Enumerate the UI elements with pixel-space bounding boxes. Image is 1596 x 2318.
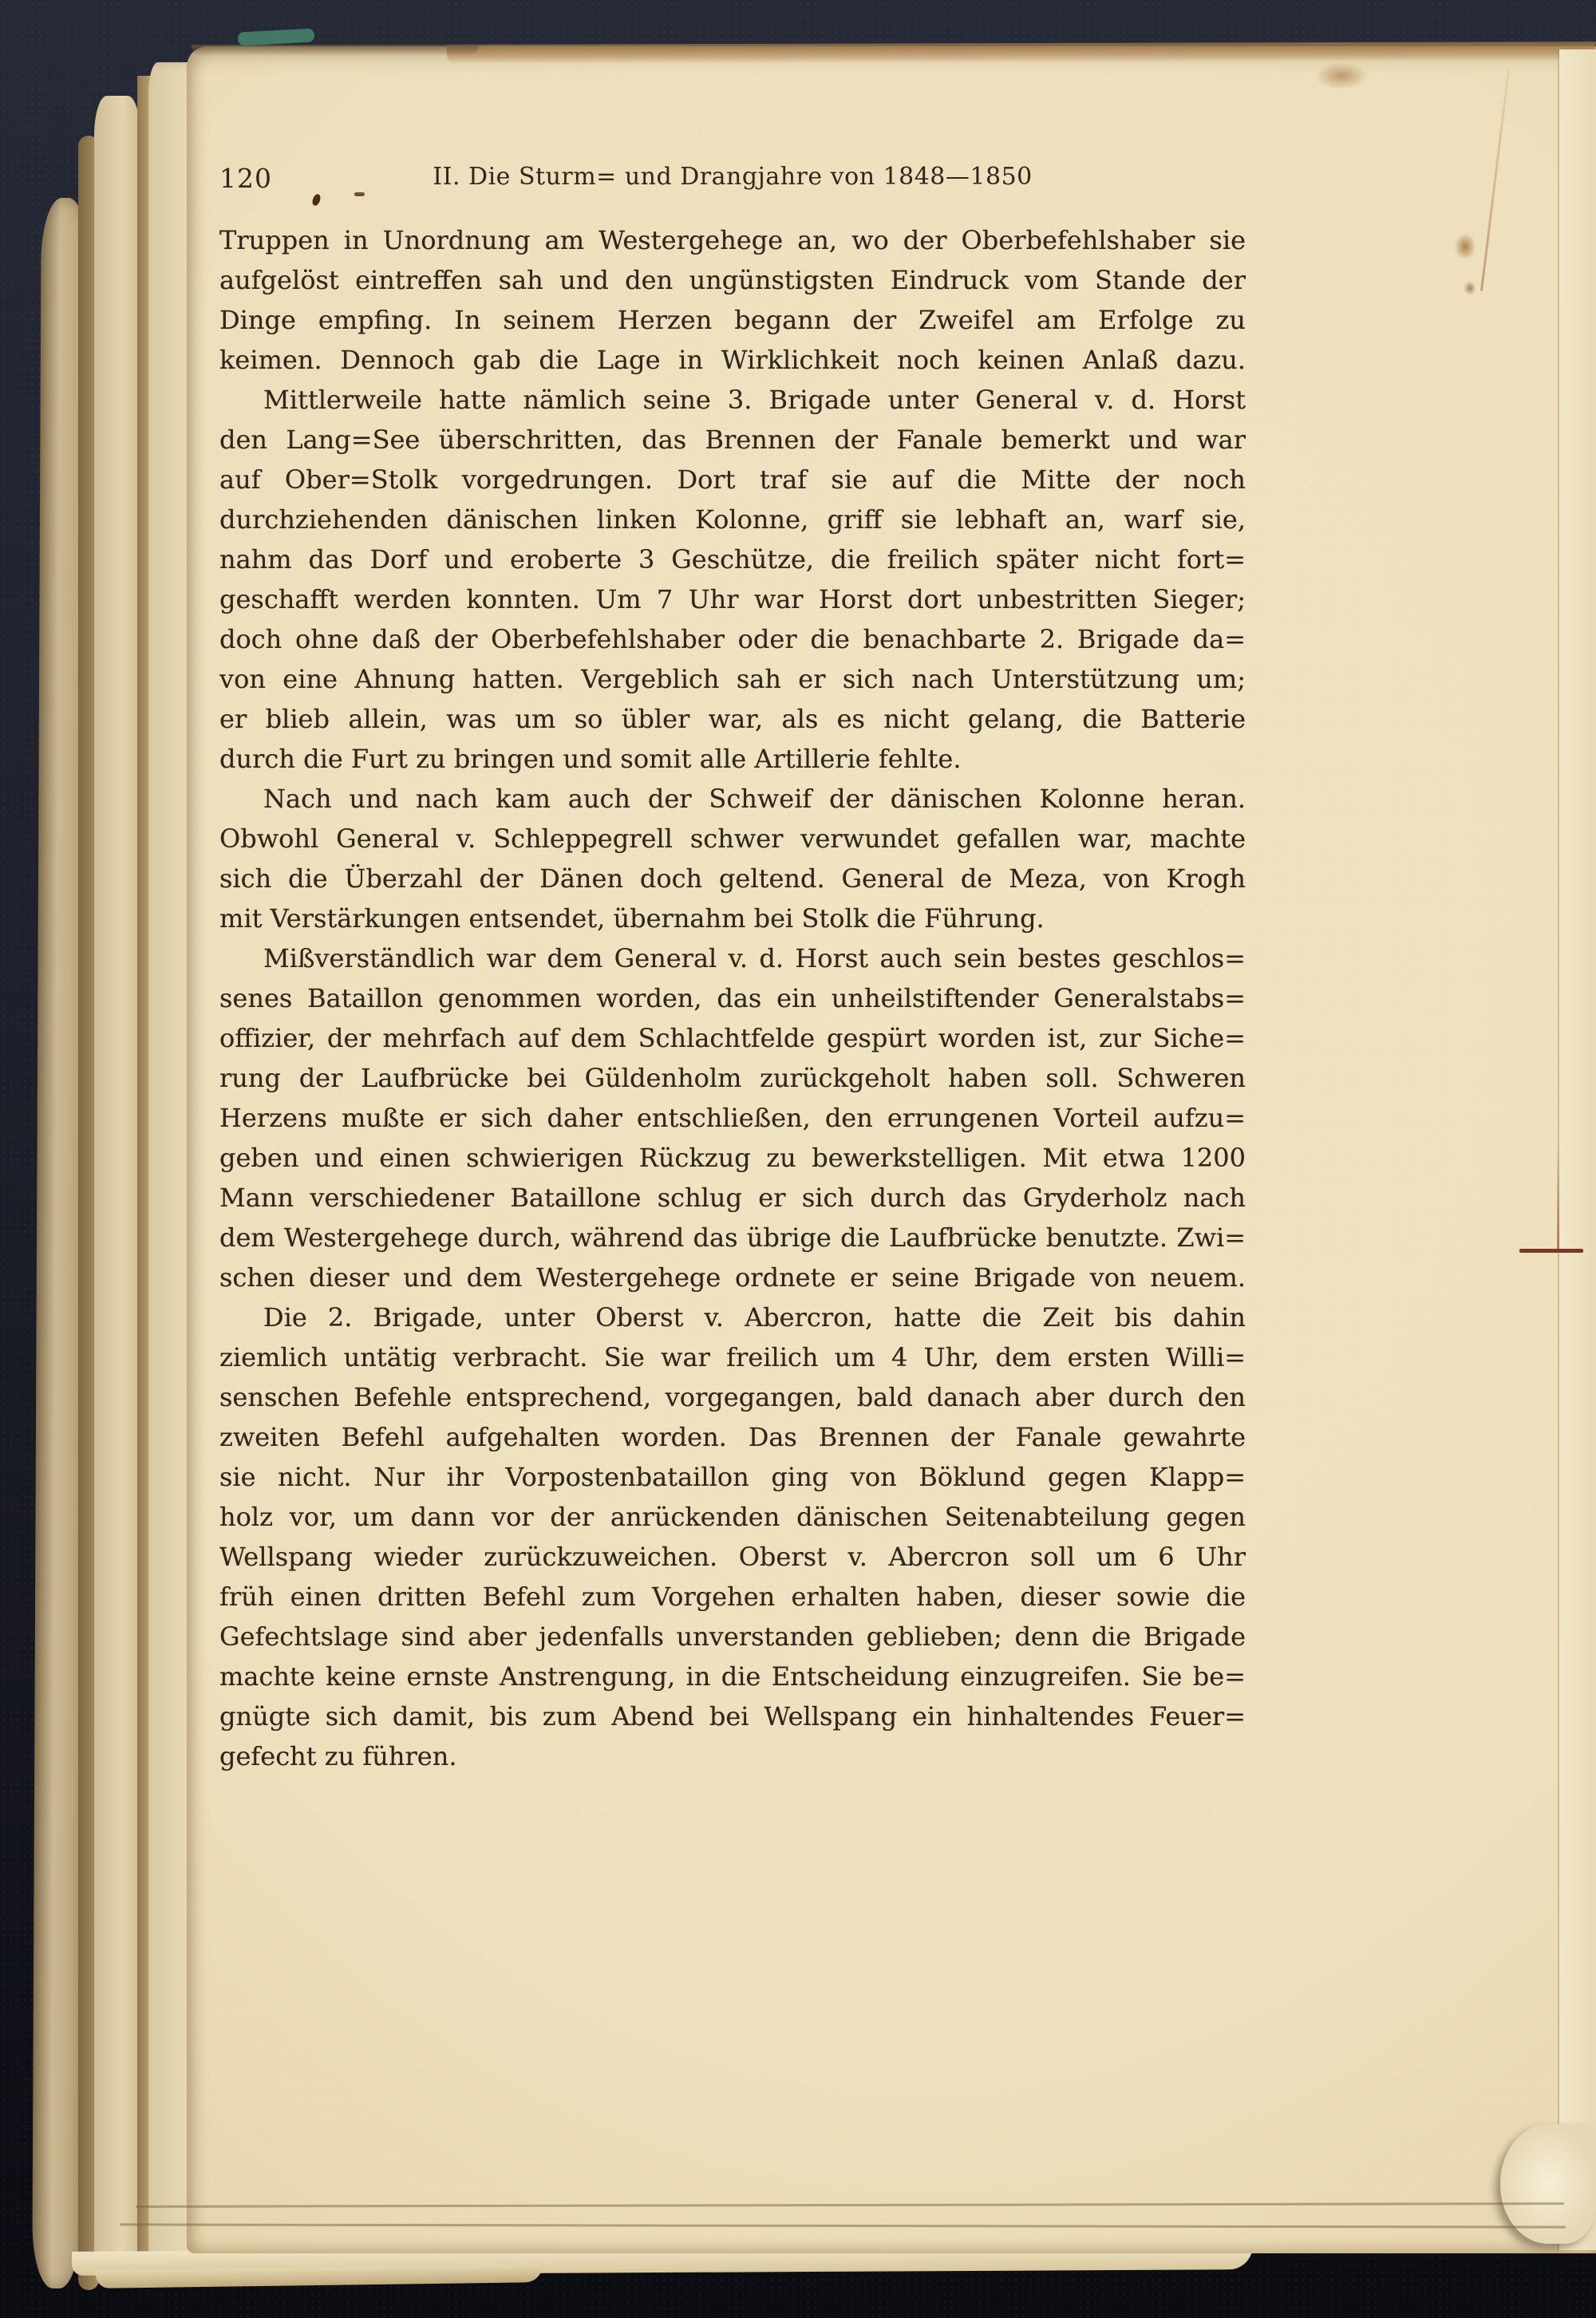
text-line: sie nicht. Nur ihr Vorpostenbataillon gi… — [219, 1457, 1246, 1497]
text-line: aufgelöst eintreffen sah und den ungünst… — [219, 260, 1246, 300]
page-text: Truppen in Unordnung am Westergehege an,… — [219, 220, 1246, 1776]
paper-speck — [354, 192, 365, 196]
text-line: nahm das Dorf und eroberte 3 Geschütze, … — [219, 539, 1246, 579]
text-line: schen dieser und dem Westergehege ordnet… — [219, 1258, 1246, 1297]
text-line: sich die Überzahl der Dänen doch geltend… — [219, 859, 1246, 898]
foxing-stain — [1464, 281, 1476, 295]
text-line: gnügte sich damit, bis zum Abend bei Wel… — [219, 1696, 1246, 1736]
torn-top-edge — [447, 41, 1596, 64]
text-line: Nach und nach kam auch der Schweif der d… — [219, 779, 1246, 819]
page-fold-edge — [1558, 49, 1596, 2250]
text-line: zweiten Befehl aufgehalten worden. Das B… — [219, 1417, 1246, 1457]
text-line: Herzens mußte er sich daher entschließen… — [219, 1098, 1246, 1138]
text-line: holz vor, um dann vor der anrückenden dä… — [219, 1497, 1246, 1537]
text-line: doch ohne daß der Oberbefehlshaber oder … — [219, 619, 1246, 659]
text-line: Gefechtslage sind aber jedenfalls unvers… — [219, 1617, 1246, 1657]
text-line: senschen Befehle entsprechend, vorgegang… — [219, 1377, 1246, 1417]
page-header: 120 II. Die Sturm= und Drangjahre von 18… — [219, 163, 1246, 198]
text-line: den Lang=See überschritten, das Brennen … — [219, 420, 1246, 460]
running-title: II. Die Sturm= und Drangjahre von 1848—1… — [219, 163, 1246, 191]
text-line: von eine Ahnung hatten. Vergeblich sah e… — [219, 659, 1246, 699]
text-line: Mißverständlich war dem General v. d. Ho… — [219, 938, 1246, 978]
text-line: Dinge empfing. In seinem Herzen begann d… — [219, 300, 1246, 340]
text-line: gefecht zu führen. — [219, 1736, 1246, 1776]
text-line: er blieb allein, was um so übler war, al… — [219, 699, 1246, 739]
torn-top-edge — [192, 45, 479, 56]
text-line: durchziehenden dänischen linken Kolonne,… — [219, 500, 1246, 539]
text-line: Mann verschiedener Bataillone schlug er … — [219, 1178, 1246, 1218]
margin-mark — [1557, 1141, 1559, 1253]
text-line: geschafft werden konnten. Um 7 Uhr war H… — [219, 579, 1246, 619]
text-line: auf Ober=Stolk vorgedrungen. Dort traf s… — [219, 460, 1246, 500]
text-line: senes Bataillon genommen worden, das ein… — [219, 978, 1246, 1018]
foxing-stain — [1454, 233, 1476, 260]
text-line: Die 2. Brigade, unter Oberst v. Abercron… — [219, 1297, 1246, 1337]
photo-scene: 120 II. Die Sturm= und Drangjahre von 18… — [0, 0, 1596, 2318]
text-line: offizier, der mehrfach auf dem Schlachtf… — [219, 1018, 1246, 1058]
text-line: Obwohl General v. Schleppegrell schwer v… — [219, 819, 1246, 859]
text-line: Wellspang wieder zurückzuweichen. Oberst… — [219, 1537, 1246, 1577]
text-line: Mittlerweile hatte nämlich seine 3. Brig… — [219, 380, 1246, 420]
text-line: Truppen in Unordnung am Westergehege an,… — [219, 220, 1246, 260]
text-line: ziemlich untätig verbracht. Sie war frei… — [219, 1337, 1246, 1377]
text-line: geben und einen schwierigen Rückzug zu b… — [219, 1138, 1246, 1178]
text-line: mit Verstärkungen entsendet, übernahm be… — [219, 898, 1246, 938]
text-line: früh einen dritten Befehl zum Vorgehen e… — [219, 1577, 1246, 1617]
margin-mark — [1519, 1249, 1583, 1253]
text-line: machte keine ernste Anstrengung, in die … — [219, 1657, 1246, 1696]
text-line: durch die Furt zu bringen und somit alle… — [219, 739, 1246, 779]
text-line: keimen. Dennoch gab die Lage in Wirklich… — [219, 340, 1246, 380]
page-number: 120 — [219, 163, 272, 194]
text-line: dem Westergehege durch, während das übri… — [219, 1218, 1246, 1258]
foxing-stain — [1315, 62, 1368, 89]
page-stack-edge — [94, 96, 140, 2286]
text-line: rung der Laufbrücke bei Güldenholm zurüc… — [219, 1058, 1246, 1098]
